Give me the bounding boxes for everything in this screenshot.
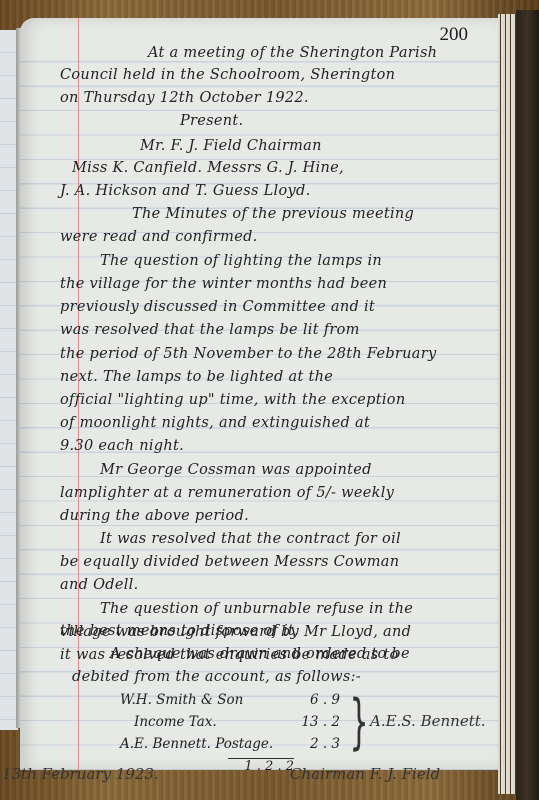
minutes-line: of moonlight nights, and extinguished at (60, 415, 370, 431)
page-number: 200 (440, 24, 469, 46)
minutes-line: were read and confirmed. (60, 229, 258, 245)
minutes-line: be equally divided between Messrs Cowman (60, 554, 399, 570)
minutes-line: previously discussed in Committee and it (60, 299, 375, 315)
minutes-line: The question of unburnable refuse in the (100, 601, 413, 617)
minutes-line: 9.30 each night. (60, 438, 184, 454)
minutes-line: next. The lamps to be lighted at the (60, 369, 333, 385)
page-edges (498, 14, 516, 794)
minutes-line: on Thursday 12th October 1922. (60, 90, 309, 106)
ledger-row: A.E. Bennett. Postage. 2 . 3 (120, 736, 460, 758)
minutes-line: lamplighter at a remuneration of 5/- wee… (60, 485, 394, 501)
minutes-line: was resolved that the lamps be lit from (60, 322, 360, 338)
minutes-line: and Odell. (60, 577, 139, 593)
ledger-payee: A.E. Bennett. Postage. (120, 736, 280, 758)
minutes-line: Miss K. Canfield. Messrs G. J. Hine, (72, 160, 344, 176)
chairman-signature: Chairman F. J. Field (290, 765, 440, 783)
minutes-line: the best means to dispose of it. (60, 623, 299, 639)
ledger-amount: 6 . 9 (280, 692, 340, 714)
ledger-payee: W.H. Smith & Son (120, 692, 280, 714)
minutes-line: debited from the account, as follows:- (72, 669, 361, 685)
minutes-line: the village for the winter months had be… (60, 276, 387, 292)
minutes-line: Council held in the Schoolroom, Sheringt… (60, 67, 395, 83)
ledger-row: W.H. Smith & Son 6 . 9 (120, 692, 460, 714)
minutes-line: Mr. F. J. Field Chairman (140, 138, 322, 154)
authorising-signature: A.E.S. Bennett. (370, 712, 486, 730)
minutes-line: official "lighting up" time, with the ex… (60, 392, 405, 408)
brace-icon: } (350, 692, 369, 752)
ledger-amount: 2 . 3 (280, 736, 340, 758)
minutes-line: A cheque was drawn and ordered to be (110, 646, 410, 662)
footer-date: 13th February 1923. (2, 765, 159, 783)
minutes-line: Present. (180, 113, 243, 129)
book-binding (516, 10, 539, 800)
minutes-line: during the above period. (60, 508, 249, 524)
minutes-line: At a meeting of the Sherington Parish (148, 45, 437, 61)
minutes-line: Mr George Cossman was appointed (100, 462, 372, 478)
ledger-payee: Income Tax. (134, 714, 280, 736)
ledger-amount: 13 . 2 (280, 714, 340, 736)
minutes-line: It was resolved that the contract for oi… (100, 531, 401, 547)
minutes-line: The Minutes of the previous meeting (132, 206, 414, 222)
minutes-line: the period of 5th November to the 28th F… (60, 346, 436, 362)
ledger-total: 1 . 2 . 2 (228, 758, 294, 774)
minutes-line: The question of lighting the lamps in (100, 253, 382, 269)
minutes-line: J. A. Hickson and T. Guess Lloyd. (60, 183, 311, 199)
